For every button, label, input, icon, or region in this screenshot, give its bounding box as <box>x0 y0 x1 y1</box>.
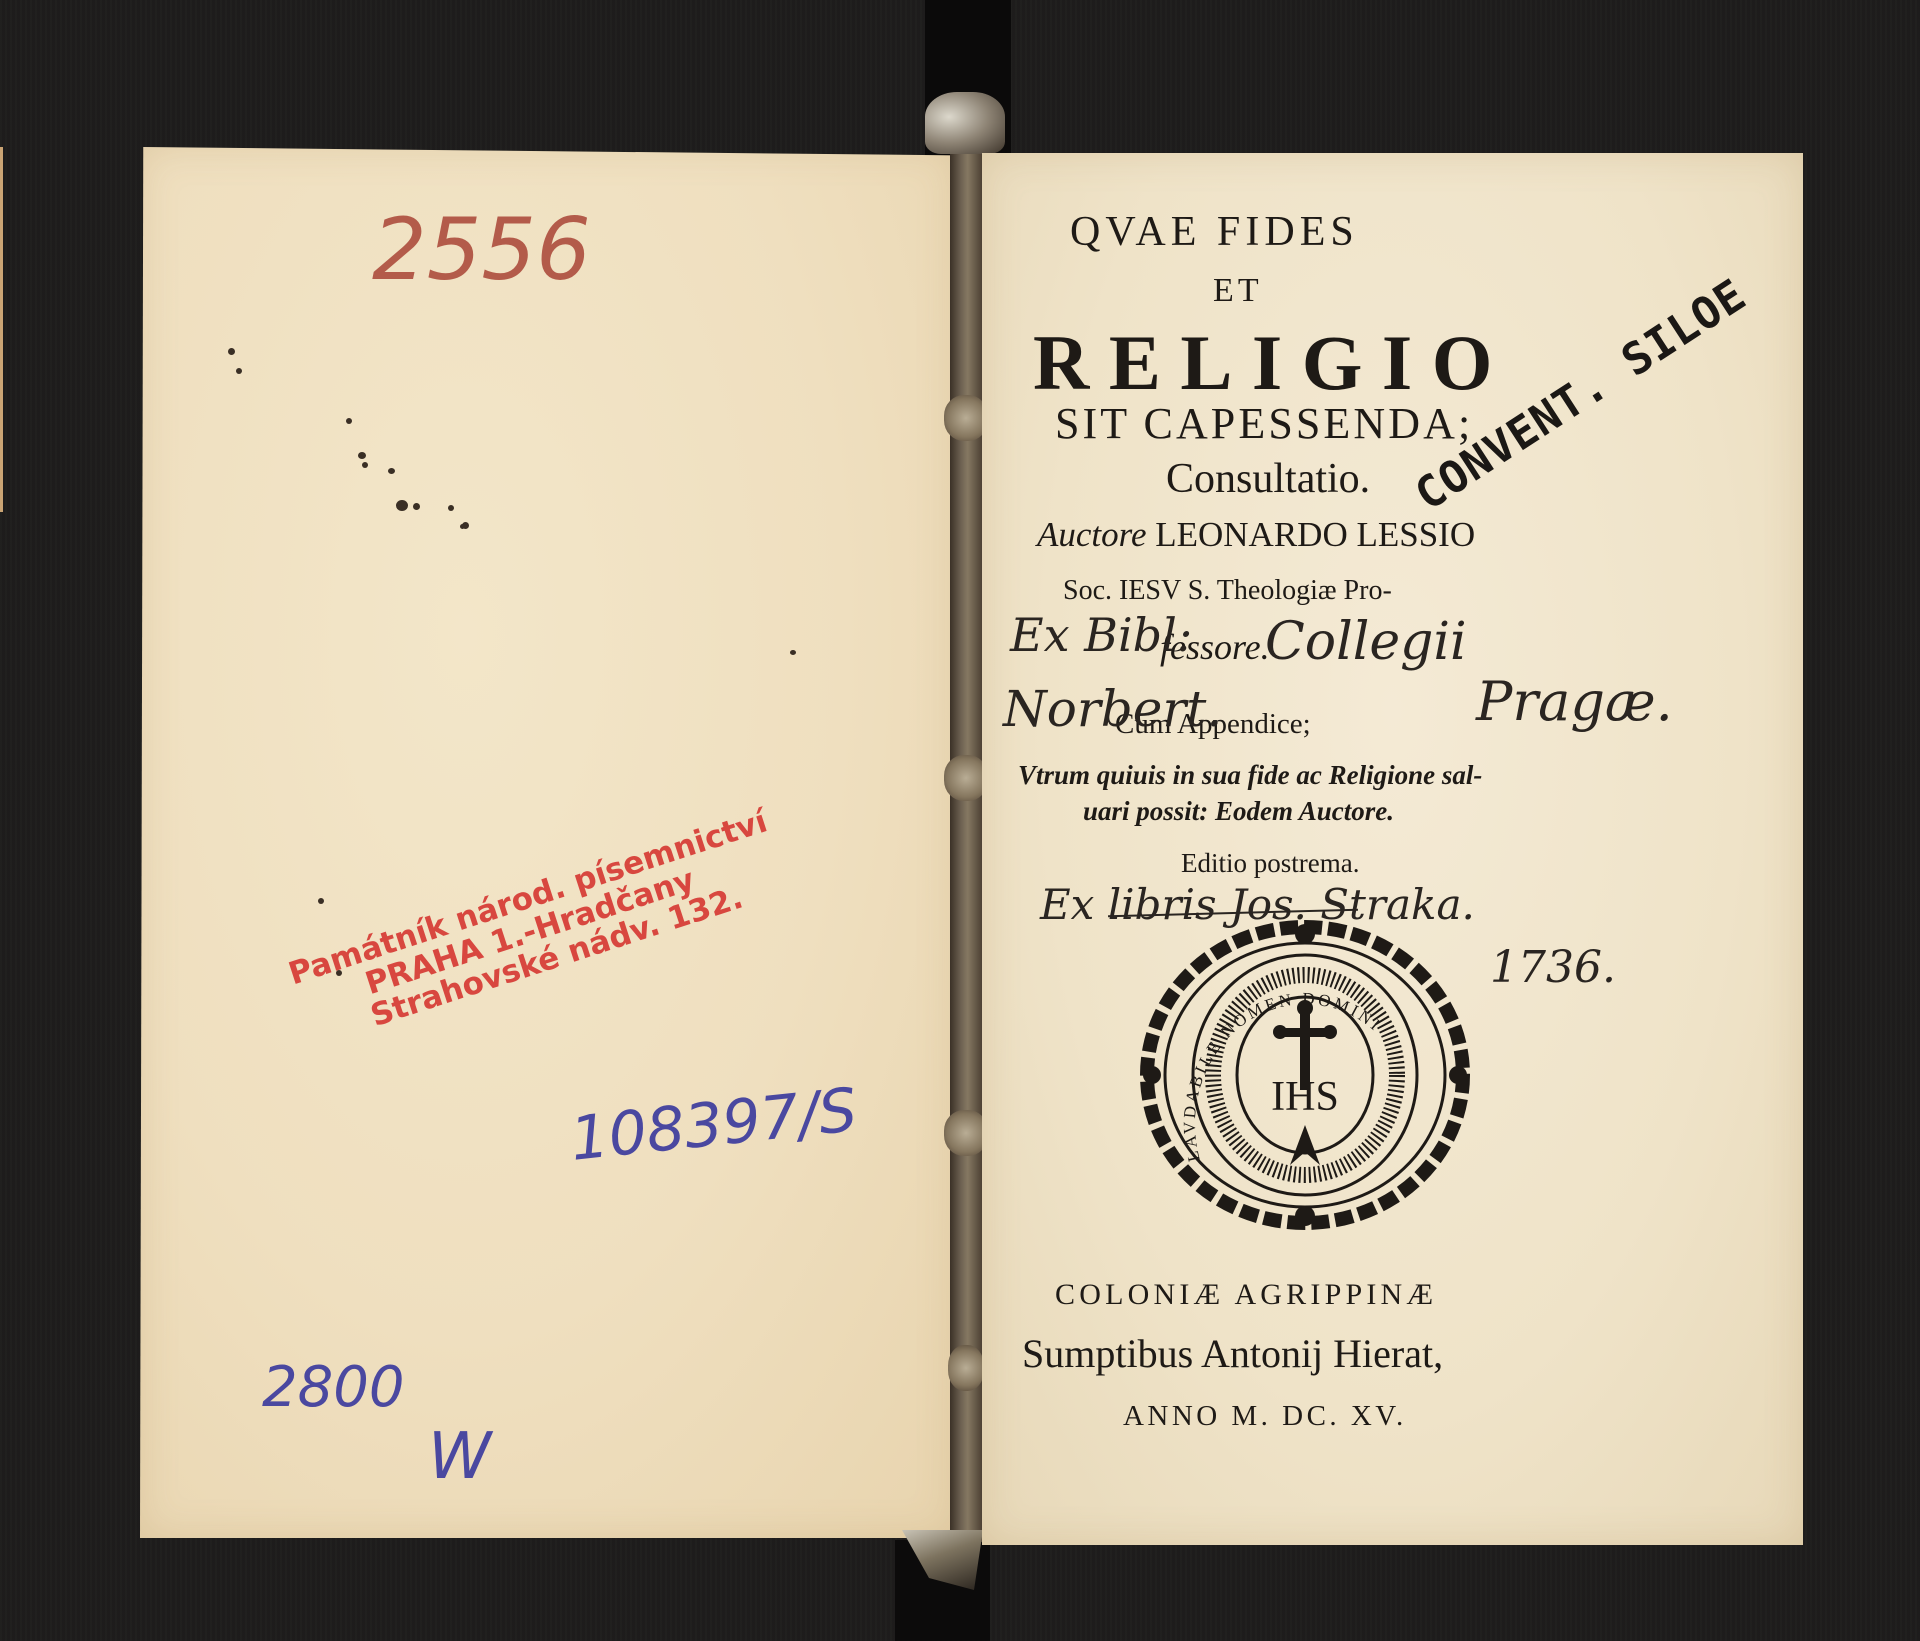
sewing-station-knot <box>948 1345 984 1391</box>
imprint-publisher: Sumptibus Antonij Hierat, <box>1022 1330 1443 1377</box>
imprint-year: ANNO M. DC. XV. <box>1123 1400 1407 1433</box>
handwritten-ex-bibl: Ex Bibl: <box>1010 608 1192 662</box>
handwritten-norbert: Norbert. <box>1003 680 1222 738</box>
title-line-4: SIT CAPESSENDA; <box>1055 398 1473 449</box>
emblem-ihs-text: IHS <box>1271 1074 1339 1120</box>
handwritten-year: 1736. <box>1490 942 1616 993</box>
printers-device-ihs-emblem: IHS LAVDABILE NOMEN DOMINI <box>1140 920 1470 1230</box>
author-name: LEONARDO LESSIO <box>1155 515 1475 554</box>
book-spine-sewing <box>950 150 982 1542</box>
handwritten-praga: Pragæ. <box>1476 670 1673 733</box>
left-flyleaf-page <box>140 147 955 1538</box>
blue-inventory-number: 2800 <box>262 1355 405 1420</box>
headband <box>925 92 1005 154</box>
title-line-1: QVAE FIDES <box>1070 208 1359 256</box>
page-edge-strip <box>0 147 3 512</box>
author-line: Auctore LEONARDO LESSIO <box>1037 515 1475 555</box>
title-line-2: ET <box>1213 272 1263 310</box>
handwritten-collegii: Collegii <box>1265 612 1467 672</box>
title-line-3: RELIGIO <box>1033 318 1512 408</box>
edition-statement: Editio postrema. <box>1181 848 1359 879</box>
blue-initial-mark: W <box>428 1420 491 1494</box>
affiliation-line-1: Soc. IESV S. Theologiæ Pro- <box>1063 575 1392 607</box>
appendix-desc-2: uari possit: Eodem Auctore. <box>1083 796 1394 827</box>
title-line-5: Consultatio. <box>1166 455 1370 503</box>
red-pencil-number: 2556 <box>372 200 591 300</box>
imprint-place: COLONIÆ AGRIPPINÆ <box>1055 1278 1437 1312</box>
appendix-desc-1: Vtrum quiuis in sua fide ac Religione sa… <box>1018 760 1482 791</box>
author-prefix: Auctore <box>1037 515 1147 554</box>
